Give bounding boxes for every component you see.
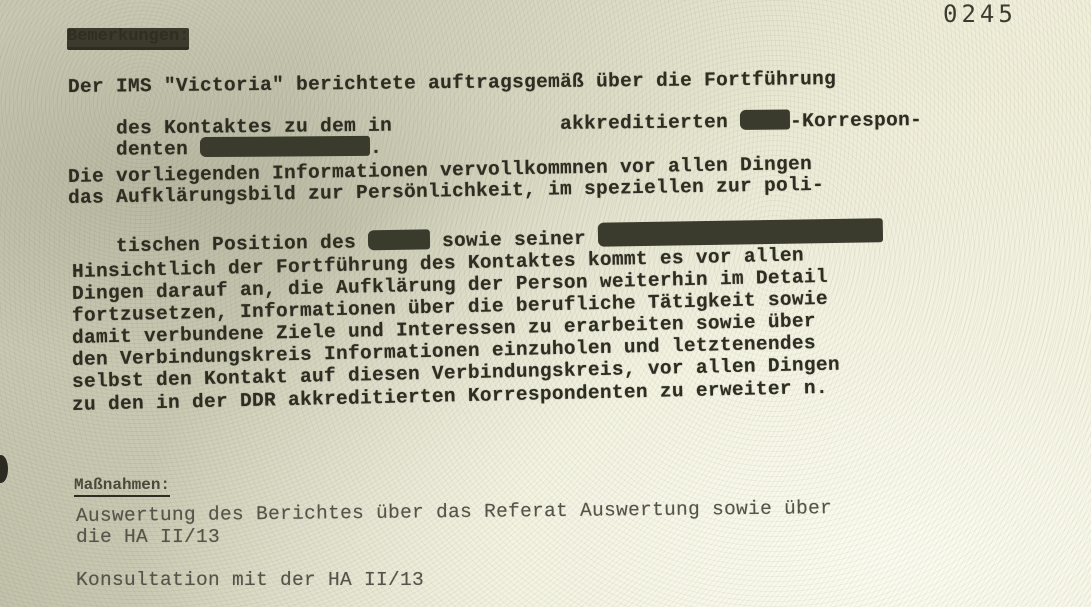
remarks-p2-line3-start: tischen Position des bbox=[116, 231, 356, 257]
measure-1-line1: Auswertung des Berichtes über das Refera… bbox=[76, 499, 832, 526]
remarks-p1-line2-accredited: akkreditierten bbox=[560, 111, 728, 135]
measure-2-line1: Konsultation mit der HA II/13 bbox=[76, 571, 424, 591]
remarks-p1-line3-start: denten bbox=[116, 138, 188, 161]
remarks-heading: Bemerkungen: bbox=[67, 28, 189, 50]
remarks-p1-line3-period: . bbox=[370, 136, 382, 158]
correspondent-name-redaction bbox=[200, 135, 370, 156]
remarks-p2-line3-mid: sowie seiner bbox=[442, 227, 586, 251]
country-redaction bbox=[740, 109, 790, 130]
measures-heading: Maßnahmen: bbox=[74, 477, 170, 497]
document-page: 0245 Bemerkungen: Der IMS "Victoria" ber… bbox=[0, 0, 1091, 607]
subject-redaction bbox=[368, 229, 430, 250]
page-number: 0245 bbox=[943, 0, 1017, 28]
remarks-p1-line2-end: -Korrespon- bbox=[790, 109, 922, 132]
measure-1-line2: die HA II/13 bbox=[76, 528, 220, 548]
subject-detail-redaction bbox=[598, 218, 883, 246]
